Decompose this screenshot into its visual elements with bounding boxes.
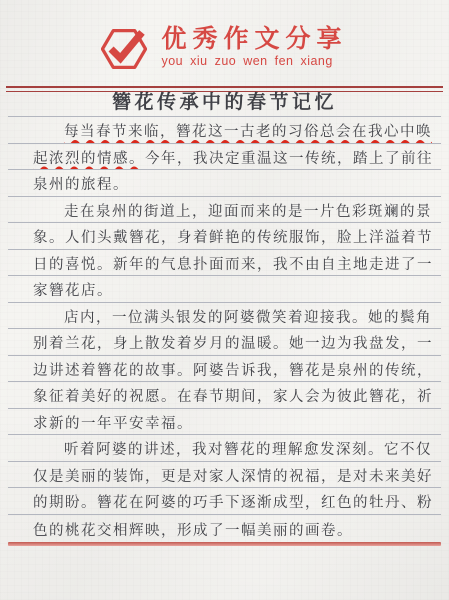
essay-text: 象征着美好的祝愿。在春节期间，家人会为彼此簪花，祈 xyxy=(33,390,433,406)
essay-line: 泉州的旅程。 xyxy=(8,170,441,197)
essay-line: 日的喜悦。新年的气息扑面而来，我不由自主地走进了一 xyxy=(8,250,441,277)
brand-title: 优秀作文分享 xyxy=(161,26,347,51)
essay-text: 求新的一年平安幸福。 xyxy=(33,417,193,433)
essay-line: 别着兰花，身上散发着岁月的温暖。她一边为我盘发，一 xyxy=(8,329,441,356)
essay-sheet: 簪花传承中的春节记忆 每当春节来临，簪花这一古老的习俗总会在我心中唤起浓烈的情感… xyxy=(8,92,441,546)
essay-line: 求新的一年平安幸福。 xyxy=(8,409,441,436)
essay-text: 日的喜悦。新年的气息扑面而来，我不由自主地走进了一 xyxy=(33,258,433,274)
essay-line: 象。人们头戴簪花，身着鲜艳的传统服饰，脸上洋溢着节 xyxy=(8,223,441,250)
essay-line: 起浓烈的情感。今年，我决定重温这一传统，踏上了前往 xyxy=(8,144,441,171)
essay-title: 簪花传承中的春节记忆 xyxy=(112,87,337,116)
essay-line: 店内，一位满头银发的阿婆微笑着迎接我。她的鬓角 xyxy=(8,303,441,330)
essay-lines: 每当春节来临，簪花这一古老的习俗总会在我心中唤起浓烈的情感。今年，我决定重温这一… xyxy=(8,117,441,546)
logo: 优秀作文分享 you xiu zuo wen fen xiang xyxy=(0,26,449,70)
essay-text: 别着兰花，身上散发着岁月的温暖。她一边为我盘发，一 xyxy=(33,337,433,353)
essay-text: 仅是美丽的装饰，更是对家人深情的祝福，是对未来美好 xyxy=(33,470,433,486)
paper-background: 优秀作文分享 you xiu zuo wen fen xiang 簪花传承中的春… xyxy=(0,0,449,600)
brand-pinyin: you xiu zuo wen fen xiang xyxy=(161,54,347,68)
essay-line: 边讲述着簪花的故事。阿婆告诉我，簪花是泉州的传统， xyxy=(8,356,441,383)
essay-line: 的期盼。簪花在阿婆的巧手下逐渐成型，红色的牡丹、粉 xyxy=(8,488,441,515)
essay-line: 走在泉州的街道上，迎面而来的是一片色彩斑斓的景 xyxy=(8,197,441,224)
essay-line: 色的桃花交相辉映，形成了一幅美丽的画卷。 xyxy=(8,515,441,542)
essay-line: 家簪花店。 xyxy=(8,276,441,303)
highlighted-text: 起浓烈的情感。 xyxy=(33,152,145,168)
essay-text: 泉州的旅程。 xyxy=(33,178,129,194)
essay-text: 家簪花店。 xyxy=(33,284,113,300)
essay-line: 仅是美丽的装饰，更是对家人深情的祝福，是对未来美好 xyxy=(8,462,441,489)
essay-text: 店内，一位满头银发的阿婆微笑着迎接我。她的鬓角 xyxy=(64,311,432,327)
highlighted-text: 每当春节来临，簪花这一古老的习俗总会在我心中唤 xyxy=(64,125,432,141)
essay-text: 色的桃花交相辉映，形成了一幅美丽的画卷。 xyxy=(33,524,353,540)
essay-line: 象征着美好的祝愿。在春节期间，家人会为彼此簪花，祈 xyxy=(8,382,441,409)
header: 优秀作文分享 you xiu zuo wen fen xiang xyxy=(0,0,449,92)
brand-block: 优秀作文分享 you xiu zuo wen fen xiang xyxy=(161,26,347,68)
essay-text: 象。人们头戴簪花，身着鲜艳的传统服饰，脸上洋溢着节 xyxy=(33,231,433,247)
essay-text: 听着阿婆的讲述，我对簪花的理解愈发深刻。它不仅 xyxy=(64,443,432,459)
essay-line: 每当春节来临，簪花这一古老的习俗总会在我心中唤 xyxy=(8,117,441,144)
essay-line: 听着阿婆的讲述，我对簪花的理解愈发深刻。它不仅 xyxy=(8,435,441,462)
hexagon-checkmark-icon xyxy=(101,28,147,70)
essay-text: 边讲述着簪花的故事。阿婆告诉我，簪花是泉州的传统， xyxy=(33,364,433,380)
essay-text: 今年，我决定重温这一传统，踏上了前往 xyxy=(145,152,433,168)
essay-text: 的期盼。簪花在阿婆的巧手下逐渐成型，红色的牡丹、粉 xyxy=(33,496,433,512)
end-underline xyxy=(8,542,441,546)
essay-text: 走在泉州的街道上，迎面而来的是一片色彩斑斓的景 xyxy=(64,205,432,221)
title-row: 簪花传承中的春节记忆 xyxy=(8,92,441,117)
